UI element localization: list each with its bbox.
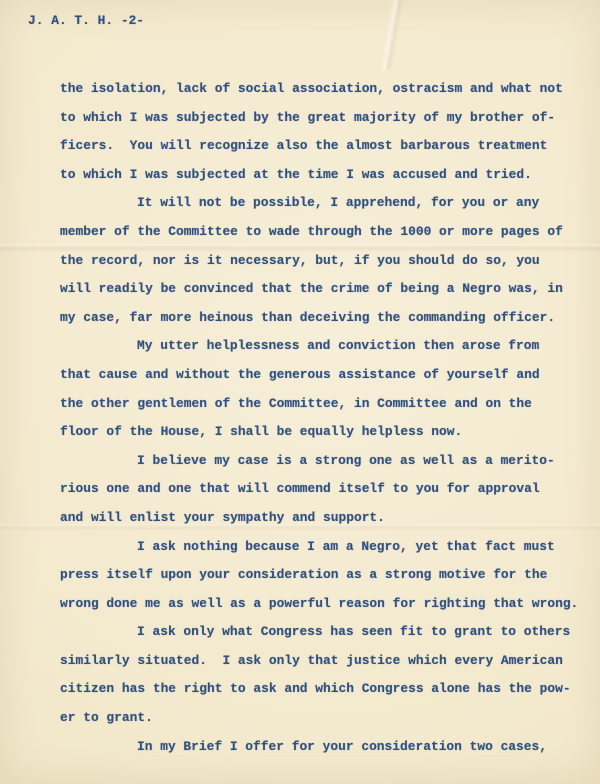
letter-line: ficers. You will recognize also the almo… <box>60 132 590 161</box>
letter-line: In my Brief I offer for your considerati… <box>60 733 590 762</box>
letter-line: my case, far more heinous than deceiving… <box>60 304 590 333</box>
letter-line: I ask only what Congress has seen fit to… <box>60 618 590 647</box>
letter-line: will readily be convinced that the crime… <box>60 275 590 304</box>
letter-line: floor of the House, I shall be equally h… <box>60 418 590 447</box>
letter-line: I ask nothing because I am a Negro, yet … <box>60 533 590 562</box>
letter-line: to which I was subjected at the time I w… <box>60 161 590 190</box>
letter-line: member of the Committee to wade through … <box>60 218 590 247</box>
vertical-crease-top <box>378 0 404 70</box>
letter-line: citizen has the right to ask and which C… <box>60 675 590 704</box>
letter-line: the record, nor is it necessary, but, if… <box>60 247 590 276</box>
letter-line: rious one and one that will commend itse… <box>60 475 590 504</box>
letter-line: and will enlist your sympathy and suppor… <box>60 504 590 533</box>
letter-line: the isolation, lack of social associatio… <box>60 75 590 104</box>
letter-line: press itself upon your consideration as … <box>60 561 590 590</box>
page-header: J. A. T. H. -2- <box>28 13 144 28</box>
letter-line: er to grant. <box>60 704 590 733</box>
letter-line: wrong done me as well as a powerful reas… <box>60 590 590 619</box>
letter-line: I believe my case is a strong one as wel… <box>60 447 590 476</box>
letter-line: the other gentlemen of the Committee, in… <box>60 390 590 419</box>
letter-line: that cause and without the generous assi… <box>60 361 590 390</box>
letter-line: It will not be possible, I apprehend, fo… <box>60 189 590 218</box>
letter-body: the isolation, lack of social associatio… <box>60 75 590 761</box>
letter-line: similarly situated. I ask only that just… <box>60 647 590 676</box>
letter-page: J. A. T. H. -2- the isolation, lack of s… <box>0 0 600 784</box>
letter-line: to which I was subjected by the great ma… <box>60 104 590 133</box>
letter-line: My utter helplessness and conviction the… <box>60 332 590 361</box>
